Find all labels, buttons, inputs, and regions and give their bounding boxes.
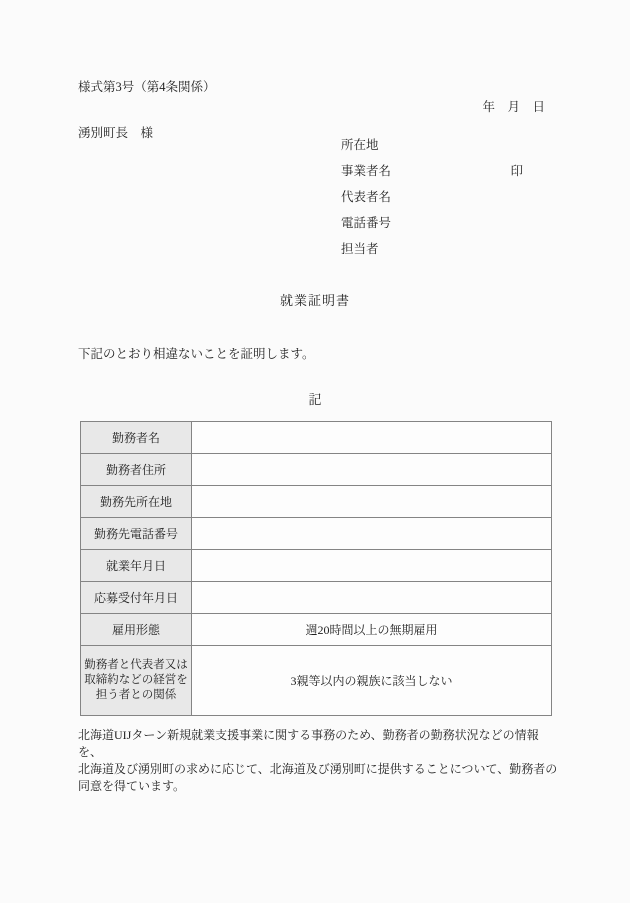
table-row-application-date: 応募受付年月日: [81, 582, 552, 614]
field-value-workplace-phone: [192, 518, 552, 550]
field-label-workplace-location: 勤務先所在地: [81, 486, 192, 518]
document-title: 就業証明書: [0, 290, 630, 309]
field-label-worker-name: 勤務者名: [81, 422, 192, 454]
field-label-employment-type: 雇用形態: [81, 614, 192, 646]
form-number: 様式第3号（第4条関係）: [78, 80, 216, 95]
employment-details-table: 勤務者名 勤務者住所 勤務先所在地 勤務先電話番号 就業年月日 応募受付年月日: [80, 421, 552, 716]
table-row-workplace-location: 勤務先所在地: [81, 486, 552, 518]
table-row-worker-name: 勤務者名: [81, 422, 552, 454]
table-row-employment-date: 就業年月日: [81, 550, 552, 582]
sender-label-contact-person: 担当者: [341, 242, 379, 257]
field-value-employment-type: 週20時間以上の無期雇用: [192, 614, 552, 646]
declaration-text: 下記のとおり相違ないことを証明します。: [78, 347, 315, 362]
ki-marker: 記: [0, 389, 630, 408]
field-label-relationship: 勤務者と代表者又は 取締約などの経営を 担う者との関係: [81, 646, 192, 716]
sender-row-business-name: 事業者名 印: [341, 164, 523, 190]
sender-label-business-name: 事業者名: [341, 164, 391, 179]
sender-row-location: 所在地: [341, 138, 523, 164]
field-value-workplace-location: [192, 486, 552, 518]
sender-row-phone: 電話番号: [341, 216, 523, 242]
addressee: 湧別町長 様: [78, 126, 153, 141]
field-label-employment-date: 就業年月日: [81, 550, 192, 582]
sender-block: 所在地 事業者名 印 代表者名 電話番号 担当者: [341, 138, 523, 268]
sender-row-representative: 代表者名: [341, 190, 523, 216]
date-line: 年 月 日: [0, 100, 630, 115]
table-row-worker-address: 勤務者住所: [81, 454, 552, 486]
employment-certificate-page: 様式第3号（第4条関係） 年 月 日 湧別町長 様 所在地 事業者名 印 代表者…: [0, 0, 630, 903]
field-value-employment-date: [192, 550, 552, 582]
sender-label-location: 所在地: [341, 138, 379, 153]
field-value-relationship: 3親等以内の親族に該当しない: [192, 646, 552, 716]
table-row-relationship: 勤務者と代表者又は 取締約などの経営を 担う者との関係 3親等以内の親族に該当し…: [81, 646, 552, 716]
seal-mark: 印: [510, 164, 523, 179]
field-label-application-date: 応募受付年月日: [81, 582, 192, 614]
field-label-workplace-phone: 勤務先電話番号: [81, 518, 192, 550]
sender-label-phone: 電話番号: [341, 216, 391, 231]
consent-note: 北海道UIJターン新規就業支援事業に関する事務のため、勤務者の勤務状況などの情報…: [78, 727, 560, 795]
field-value-application-date: [192, 582, 552, 614]
sender-row-contact-person: 担当者: [341, 242, 523, 268]
sender-label-representative: 代表者名: [341, 190, 391, 205]
table-row-employment-type: 雇用形態 週20時間以上の無期雇用: [81, 614, 552, 646]
field-label-worker-address: 勤務者住所: [81, 454, 192, 486]
field-value-worker-address: [192, 454, 552, 486]
field-value-worker-name: [192, 422, 552, 454]
table-row-workplace-phone: 勤務先電話番号: [81, 518, 552, 550]
